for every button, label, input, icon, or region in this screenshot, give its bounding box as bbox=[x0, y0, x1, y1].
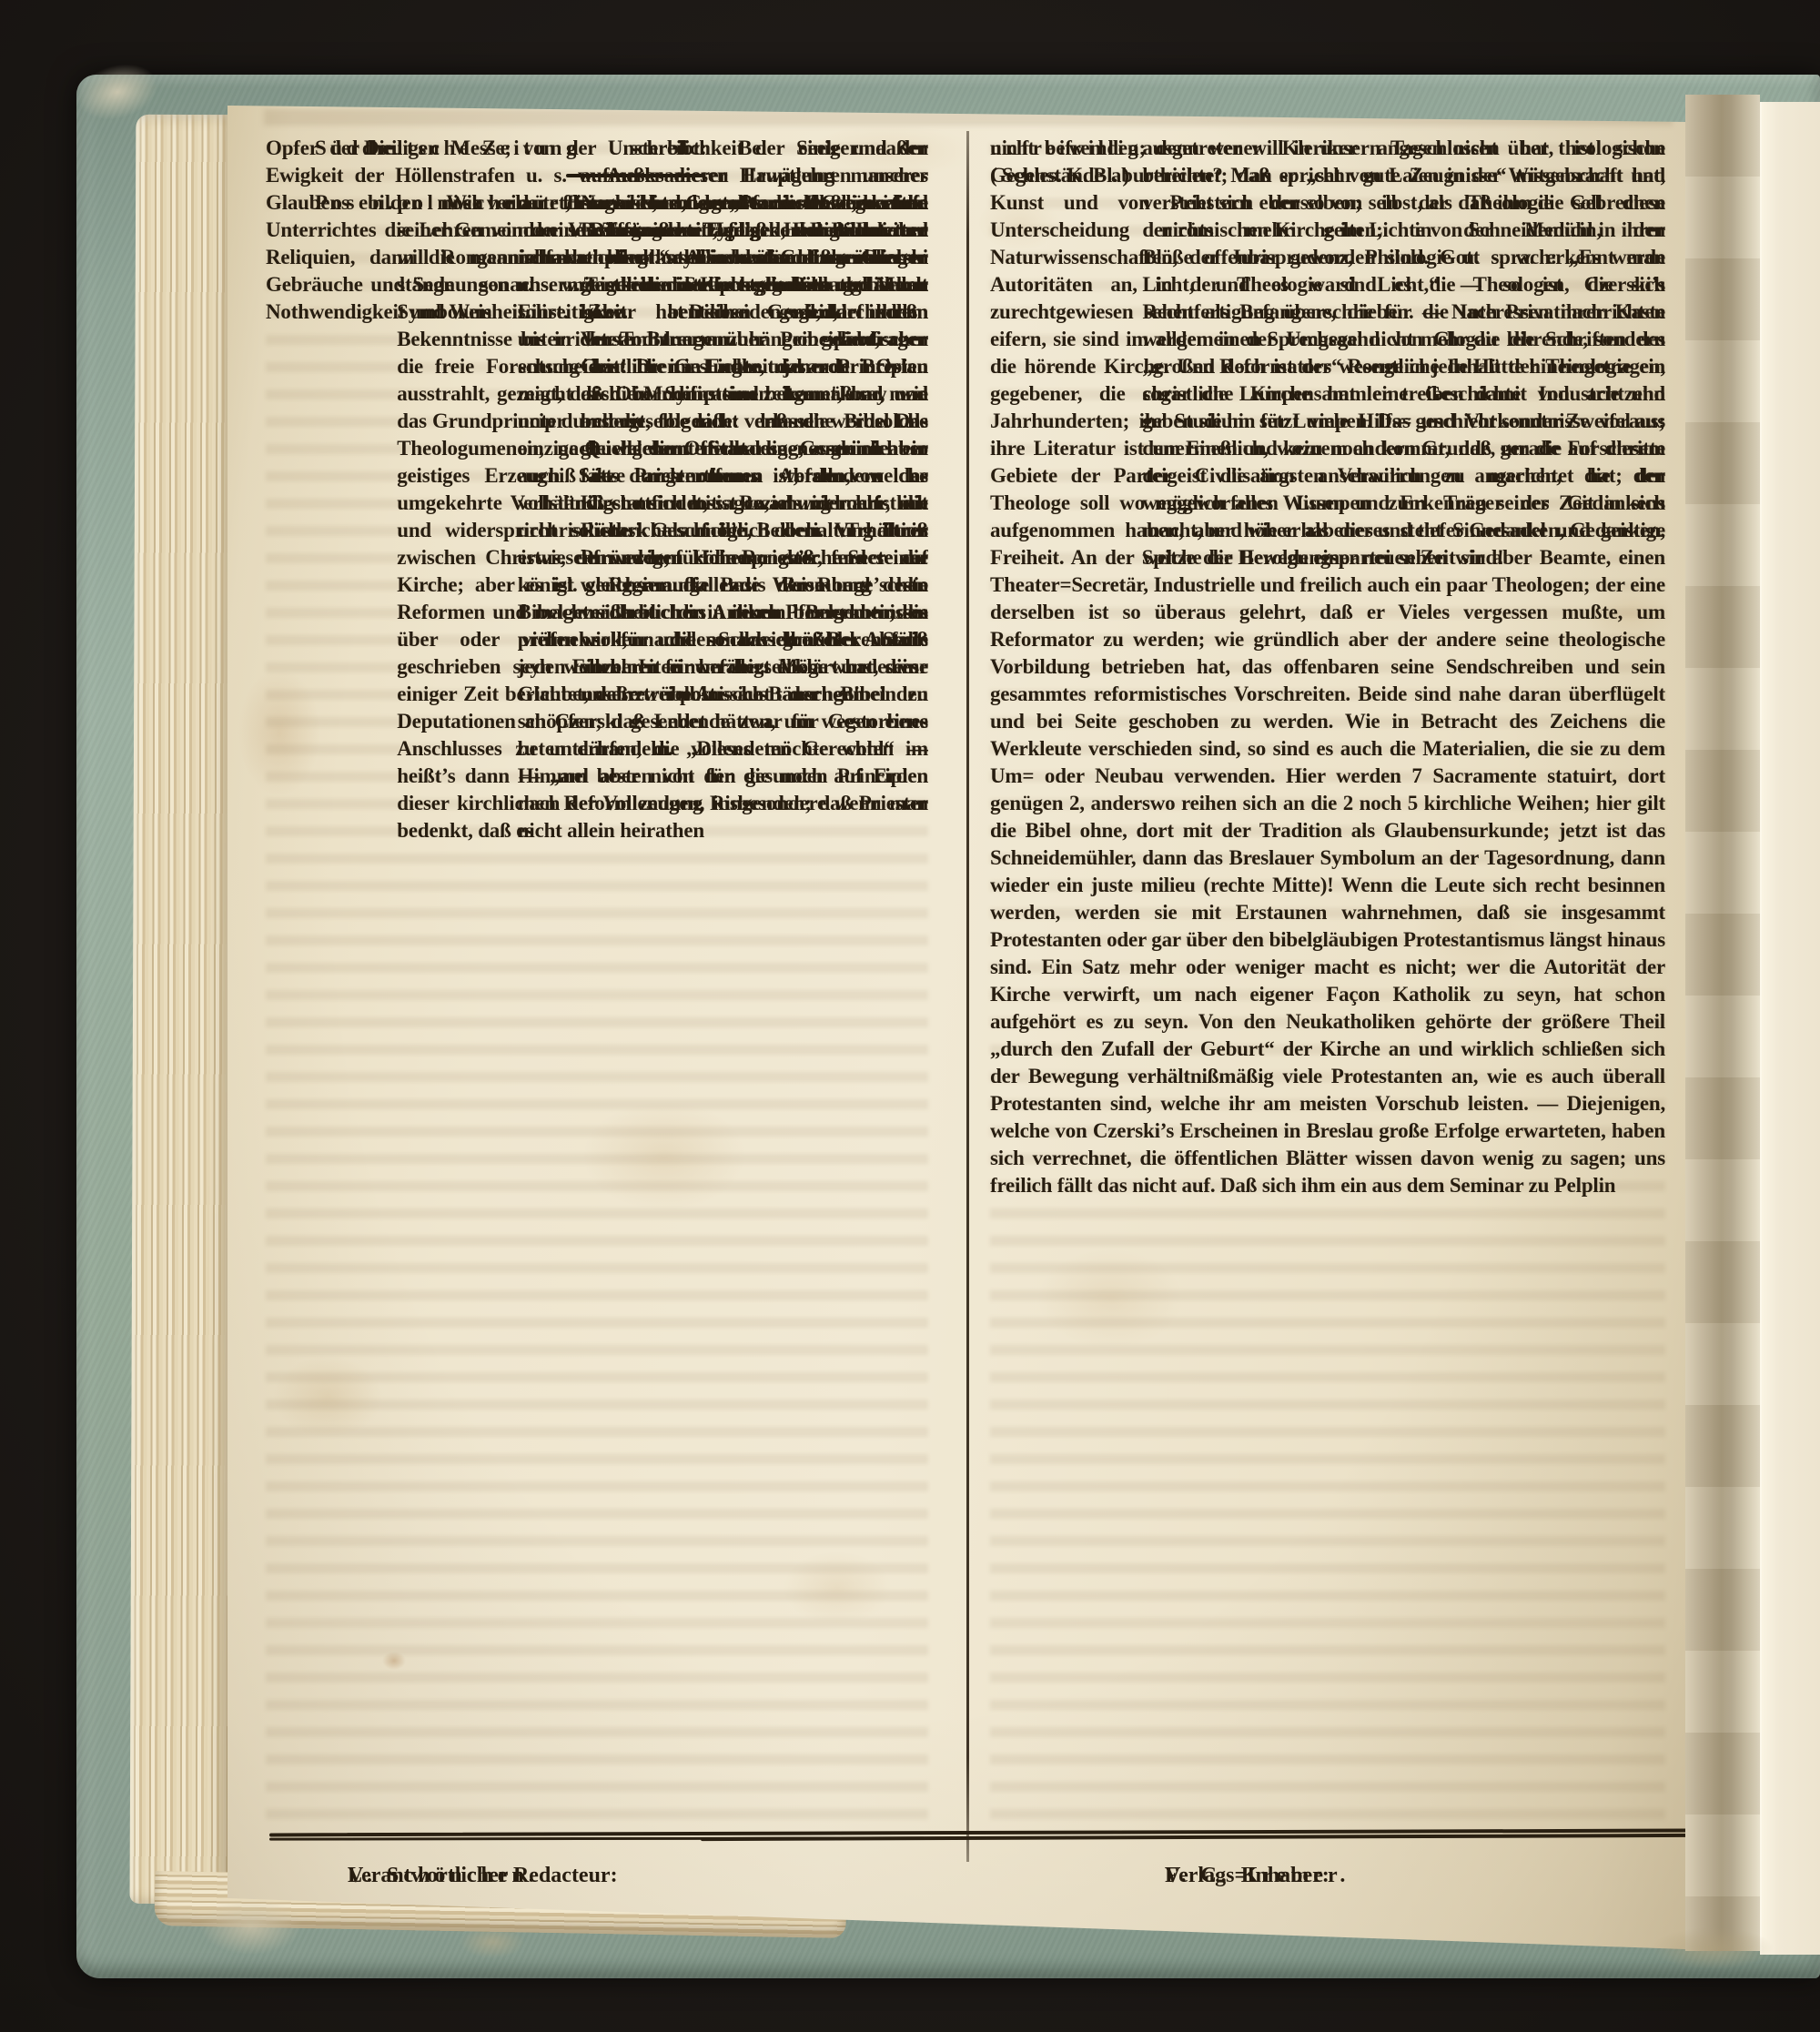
paragraph: Die Süddeutsche Zeitung schreibt: Bei ei… bbox=[266, 135, 928, 162]
footer-publisher-line: Verlags=Inhaber: F. C. Kremer. bbox=[1165, 1862, 1350, 1889]
footer-editor-line: Verantwortlicher Redacteur: L. Schönchen… bbox=[348, 1862, 539, 1889]
facing-page-edge bbox=[1760, 102, 1820, 1955]
text-column-left: Opfer der heiligen Messe; von der Unster… bbox=[266, 135, 928, 1816]
book-gutter bbox=[1685, 95, 1760, 1951]
text-column-right: nicht befremden; denn wer will in unsern… bbox=[990, 135, 1665, 1816]
book-page: Opfer der heiligen Messe; von der Unster… bbox=[227, 96, 1685, 1949]
page-edges-left bbox=[130, 115, 238, 1904]
paragraph: nicht befremden; denn wer will in unsern… bbox=[990, 135, 1665, 162]
scanned-book-photo: Opfer der heiligen Messe; von der Unster… bbox=[0, 0, 1820, 2032]
column-divider-rule bbox=[966, 131, 969, 1862]
